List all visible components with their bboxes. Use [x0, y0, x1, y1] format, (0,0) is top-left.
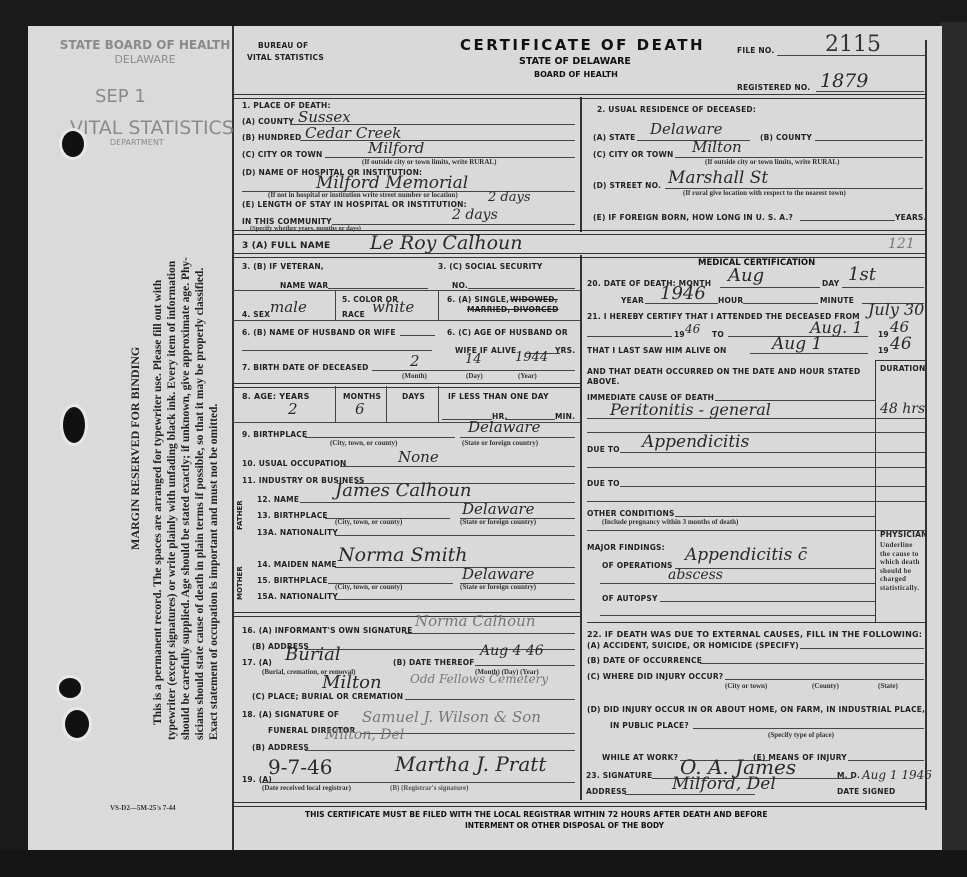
margin-instruction-3: should be carefully supplied. Age should…: [180, 257, 192, 740]
county-label: (A) COUNTY: [242, 117, 294, 126]
other-conditions-label: OTHER CONDITIONS: [587, 509, 675, 518]
state-name: STATE OF DELAWARE: [519, 56, 631, 67]
hundred-label: (B) HUNDRED: [242, 133, 301, 142]
funeral-address: Milton, Del: [325, 727, 404, 743]
age-years: 2: [288, 400, 298, 418]
registrar-sig-note: (B) (Registrar's signature): [390, 784, 468, 792]
death-day: 1st: [848, 264, 876, 285]
operations-label: OF OPERATIONS: [602, 561, 673, 570]
footer-line-2: INTERMENT OR OTHER DISPOSAL OF THE BODY: [465, 821, 664, 830]
disposition-date-label: (B) DATE THEREOF: [393, 658, 475, 667]
form-code: VS-D2—5M-25's 7-44: [110, 804, 176, 812]
from-year: 46: [685, 322, 700, 336]
father-state-note: (State or foreign country): [460, 518, 536, 526]
father-name: James Calhoun: [335, 480, 472, 501]
residence-heading: 2. USUAL RESIDENCE OF DECEASED:: [597, 105, 756, 114]
major-findings-label: MAJOR FINDINGS:: [587, 543, 665, 552]
burial-place: Milton: [322, 672, 382, 693]
punch-hole: [56, 675, 84, 701]
scan-bottom: [0, 850, 967, 877]
margin-instruction-4: sicians should state cause of death in p…: [194, 268, 206, 740]
occupation: None: [398, 448, 439, 466]
physician-address-label: ADDRESS: [586, 787, 627, 796]
birth-year: 1944: [515, 350, 548, 365]
last-saw-year-prefix: 19: [878, 346, 889, 355]
registered-number: 1879: [820, 70, 868, 92]
marital-struck-married: MARRIED, DIVORCED: [467, 305, 559, 314]
last-saw-date: Aug 1: [772, 334, 822, 354]
city-label: (C) CITY OR TOWN: [242, 150, 322, 159]
external-d-note: (Specify type of place): [768, 731, 834, 739]
sex: male: [270, 298, 307, 316]
father-name-label: 12. NAME: [257, 495, 299, 504]
due-to-1: Appendicitis: [642, 432, 749, 452]
due-to-label-2: DUE TO: [587, 479, 620, 488]
race-label: RACE: [342, 310, 365, 319]
death-city: Milford: [368, 139, 424, 157]
md-label: M. D.: [837, 771, 860, 780]
father-nationality-label: 13A. NATIONALITY: [257, 528, 338, 537]
birthplace-city-note: (City, town, or county): [330, 439, 397, 447]
date-signed: Aug 1 1946: [862, 768, 932, 782]
margin-heading: MARGIN RESERVED FOR BINDING: [128, 347, 143, 550]
mother-side-label: MOTHER: [236, 566, 244, 600]
mother-city-note: (City, town, or county): [335, 583, 402, 591]
ss-no-label: NO.: [452, 281, 468, 290]
res-city: Milton: [692, 138, 742, 156]
age-days-label: DAYS: [402, 392, 425, 401]
funeral-address-label: (B) ADDRESS: [252, 743, 309, 752]
birthplace-state: Delaware: [468, 418, 540, 436]
father-birthplace-label: 13. BIRTHPLACE: [257, 511, 328, 520]
stay-label: (E) LENGTH OF STAY IN HOSPITAL OR INSTIT…: [242, 200, 467, 209]
death-year: 1946: [660, 283, 706, 304]
immediate-duration: 48 hrs: [880, 401, 925, 417]
birthplace-state-note: (State or foreign country): [462, 439, 538, 447]
yrs-label: YRS.: [555, 346, 575, 355]
funeral-director-label-1: 18. (A) SIGNATURE OF: [242, 710, 339, 719]
hospital-note: (If not in hospital or institution write…: [268, 191, 458, 199]
stamp-vital-statistics: VITAL STATISTICS: [70, 117, 234, 139]
stamp-board-of-health: STATE BOARD OF HEALTH: [45, 38, 245, 52]
disposition-label: 17. (A): [242, 658, 272, 667]
immediate-cause: Peritonitis - general: [610, 400, 771, 419]
month-note: (Month): [402, 372, 427, 380]
margin-instruction-2: typewriter (except signatures) or write …: [166, 261, 178, 740]
bureau-line-1: BUREAU OF: [258, 41, 308, 50]
mother-birthplace-state: Delaware: [462, 565, 534, 583]
physician-signature-label: 23. SIGNATURE: [586, 771, 652, 780]
maiden-name-label: 14. MAIDEN NAME: [257, 560, 337, 569]
due-to-label-1: DUE TO: [587, 445, 620, 454]
from-year-prefix: 19: [674, 330, 685, 339]
birth-day: 14: [465, 352, 482, 367]
external-c-state: (State): [878, 682, 898, 690]
disposition-method: Burial: [285, 644, 341, 665]
footer-line-1: THIS CERTIFICATE MUST BE FILED WITH THE …: [305, 810, 768, 819]
marital-struck-widowed: WIDOWED,: [510, 295, 558, 304]
physician-address: Milford, Del: [672, 774, 776, 794]
stamp-department: DEPARTMENT: [110, 138, 164, 147]
res-state: Delaware: [650, 120, 722, 138]
to-label: TO: [712, 330, 724, 339]
punch-hole: [60, 404, 88, 446]
full-name-label: 3 (A) FULL NAME: [242, 241, 330, 251]
informant-signature-label: 16. (A) INFORMANT'S OWN SIGNATURE: [242, 626, 413, 635]
file-number: 2115: [825, 32, 881, 57]
external-d-label-2: IN PUBLIC PLACE?: [610, 721, 689, 730]
margin-instruction-1: This is a permanent record. The spaces a…: [152, 280, 164, 725]
age-months: 6: [355, 400, 365, 418]
physician-label: PHYSICIAN: [880, 530, 928, 539]
stamp-date: SEP 1: [95, 86, 146, 107]
physician-note: Underline the cause to which death shoul…: [880, 541, 924, 592]
death-hour-label: HOUR: [718, 296, 743, 305]
other-conditions-note: (Include pregnancy within 3 months of de…: [602, 518, 738, 526]
duration-label: DURATION: [880, 364, 925, 373]
street-label: (D) STREET NO.: [593, 181, 661, 190]
mother-birthplace-label: 15. BIRTHPLACE: [257, 576, 328, 585]
file-no-label: FILE NO.: [737, 46, 774, 55]
res-state-label: (A) STATE: [593, 133, 635, 142]
funeral-director: Samuel J. Wilson & Son: [362, 708, 541, 726]
stay-length: 2 days: [488, 190, 531, 205]
while-at-work-label: WHILE AT WORK?: [602, 753, 678, 762]
death-year-label: YEAR: [621, 296, 644, 305]
registrar-date-note: (Date received local registrar): [262, 784, 351, 792]
operations-finding-2: abscess: [668, 567, 723, 583]
last-saw-year: 46: [890, 334, 912, 354]
city-note: (If outside city or town limits, write R…: [362, 158, 496, 166]
operations-finding: Appendicitis c̄: [685, 545, 807, 565]
birth-month: 2: [410, 352, 420, 370]
occurred-label: AND THAT DEATH OCCURRED ON THE DATE AND …: [587, 367, 877, 387]
death-day-label: DAY: [822, 279, 839, 288]
punch-hole: [62, 707, 92, 741]
registrar-signature: Martha J. Pratt: [395, 752, 546, 776]
registrar-date: 9-7-46: [268, 755, 332, 779]
birth-label: 7. BIRTH DATE OF DECEASED: [242, 363, 369, 372]
res-street: Marshall St: [668, 168, 768, 188]
informant-signature: Norma Calhoun: [415, 612, 536, 630]
spouse-age-label: 6. (C) AGE OF HUSBAND OR: [447, 328, 568, 337]
father-city-note: (City, town, or county): [335, 518, 402, 526]
date-signed-label: DATE SIGNED: [837, 787, 895, 796]
bureau-line-2: VITAL STATISTICS: [247, 53, 324, 62]
board-name: BOARD OF HEALTH: [534, 70, 618, 79]
external-c-city: (City or town): [725, 682, 767, 690]
certificate-title: CERTIFICATE OF DEATH: [460, 36, 705, 54]
external-d-label: (D) DID INJURY OCCUR IN OR ABOUT HOME, O…: [587, 705, 925, 714]
res-city-label: (C) CITY OR TOWN: [593, 150, 673, 159]
age-years-label: 8. AGE: YEARS: [242, 392, 310, 401]
spouse-label: 6. (B) NAME OF HUSBAND OR WIFE: [242, 328, 396, 337]
year-note: (Year): [518, 372, 537, 380]
burial-place-extra: Odd Fellows Cemetery: [410, 672, 548, 686]
min-label: MIN.: [555, 412, 575, 421]
occupation-label: 10. USUAL OCCUPATION: [242, 459, 347, 468]
race: white: [372, 298, 414, 316]
registered-no-label: REGISTERED NO.: [737, 83, 810, 92]
day-note: (Day): [466, 372, 483, 380]
external-c-label: (C) WHERE DID INJURY OCCUR?: [587, 672, 723, 681]
street-note: (If rural give location with respect to …: [683, 189, 846, 197]
disposition-date: Aug 4 46: [480, 643, 544, 659]
name-war-label: NAME WAR: [280, 281, 328, 290]
ss-label: 3. (C) SOCIAL SECURITY: [438, 262, 543, 271]
last-saw-label: THAT I LAST SAW HIM ALIVE ON: [587, 346, 727, 355]
margin-note: 121: [888, 236, 915, 252]
external-a-label: (A) ACCIDENT, SUICIDE, OR HOMICIDE (SPEC…: [587, 641, 799, 650]
sex-label: 4. SEX: [242, 310, 270, 319]
mother-nationality-label: 15A. NATIONALITY: [257, 592, 338, 601]
marital-label: 6. (A) SINGLE,: [447, 295, 509, 304]
community-length: 2 days: [452, 207, 498, 223]
mother-maiden-name: Norma Smith: [338, 544, 468, 566]
res-city-note: (If outside city or town limits, write R…: [705, 158, 839, 166]
hospital-name: Milford Memorial: [316, 173, 468, 193]
full-name: Le Roy Calhoun: [370, 232, 523, 254]
punch-hole: [59, 128, 87, 160]
mother-state-note: (State or foreign country): [460, 583, 536, 591]
less-one-day-label: IF LESS THAN ONE DAY: [448, 392, 549, 401]
veteran-label: 3. (B) IF VETERAN,: [242, 262, 324, 271]
res-county-label: (B) COUNTY: [760, 133, 812, 142]
death-month: Aug: [728, 265, 764, 286]
father-birthplace-state: Delaware: [462, 500, 534, 518]
to-year-prefix: 19: [878, 330, 889, 339]
scan-edge: [940, 22, 967, 852]
stamp-delaware: DELAWARE: [90, 53, 200, 66]
attended-from: July 30: [868, 300, 924, 319]
external-heading: 22. IF DEATH WAS DUE TO EXTERNAL CAUSES,…: [587, 630, 922, 639]
autopsy-label: OF AUTOPSY: [602, 594, 658, 603]
margin-instruction-5: Exact statement of occupation is importa…: [208, 404, 220, 740]
death-minute-label: MINUTE: [820, 296, 854, 305]
foreign-years-label: YEARS.: [895, 213, 927, 222]
burial-place-label: (C) PLACE; BURIAL OR CREMATION: [252, 692, 403, 701]
birthplace-label: 9. BIRTHPLACE: [242, 430, 307, 439]
external-c-county: (County): [812, 682, 839, 690]
external-b-label: (B) DATE OF OCCURRENCE: [587, 656, 702, 665]
foreign-label: (E) IF FOREIGN BORN, HOW LONG IN U. S. A…: [593, 213, 793, 222]
father-side-label: FATHER: [236, 500, 244, 530]
